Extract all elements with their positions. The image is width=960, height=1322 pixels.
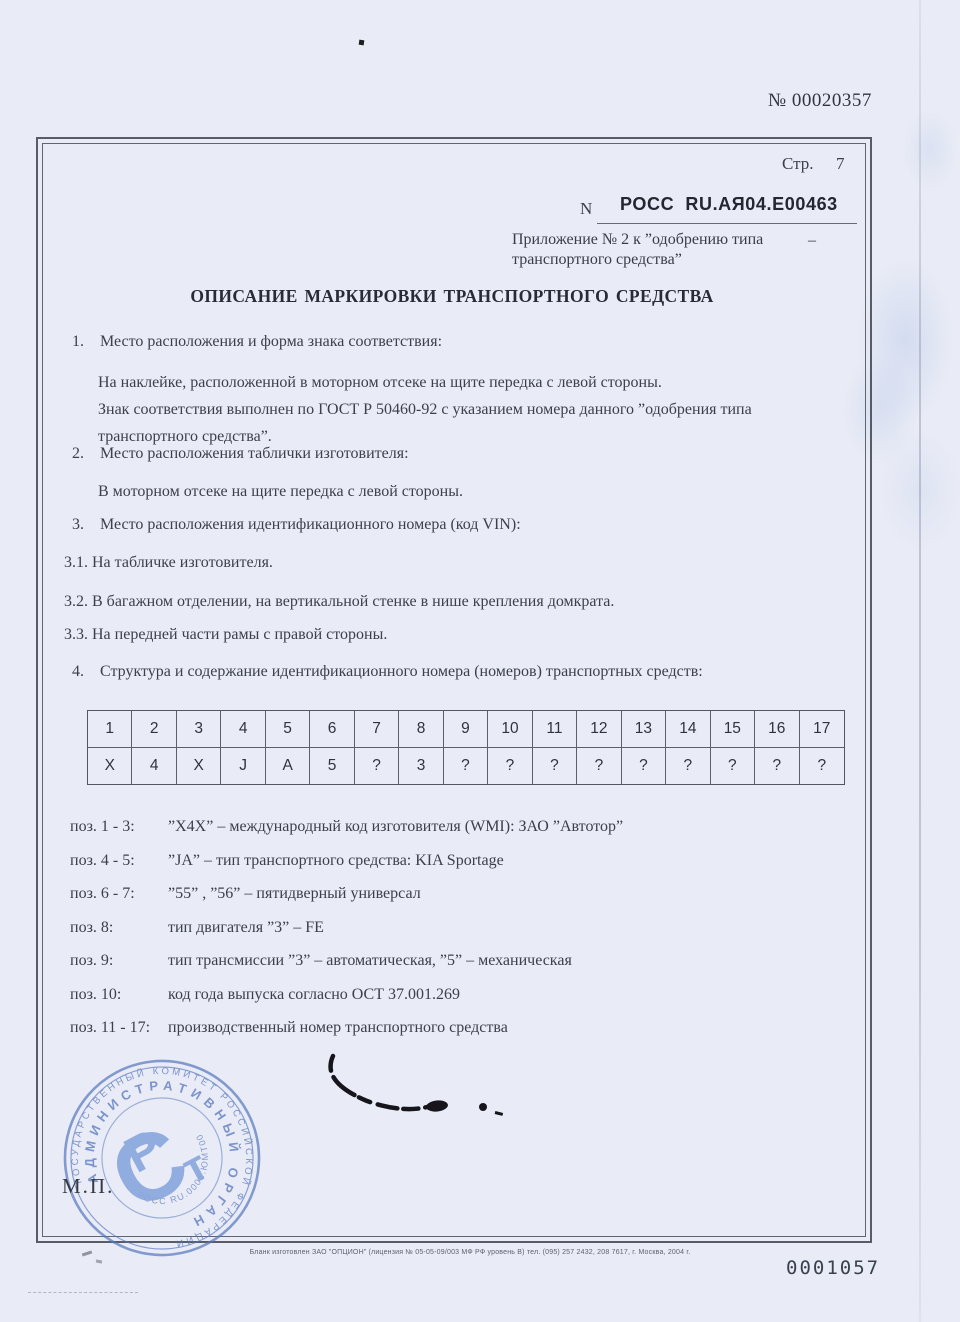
vin-value-cell: 3	[399, 748, 443, 784]
scan-streak	[919, 0, 921, 1322]
vin-value-cell: J	[221, 748, 265, 784]
vin-value-cell: ?	[711, 748, 755, 784]
legend-text: ”55” , ”56” – пятидверный универсал	[168, 885, 421, 903]
vin-value-cell: 5	[310, 748, 354, 784]
printer-imprint: Бланк изготовлен ЗАО ”ОПЦИОН” (лицензия …	[150, 1249, 790, 1256]
vin-value-cell: ?	[488, 748, 532, 784]
item2-paragraph: В моторном отсеке на щите передка с лево…	[98, 483, 463, 501]
item2-heading: Место расположения таблички изготовителя…	[100, 445, 409, 463]
legend-text: тип двигателя ”3” – FE	[168, 919, 324, 937]
approval-number-underline	[597, 223, 857, 224]
vin-value-cell: ?	[355, 748, 399, 784]
vin-position-cell: 12	[577, 711, 621, 748]
vin-position-cell: 13	[622, 711, 666, 748]
legend-text: ”X4X” – международный код изготовителя (…	[168, 818, 623, 836]
vin-position-cell: 2	[132, 711, 176, 748]
vin-position-cell: 11	[533, 711, 577, 748]
legend-label: поз. 11 - 17:	[70, 1019, 150, 1037]
legend-label: поз. 8:	[70, 919, 113, 937]
annex-reference: Приложение № 2 к ”одобрению типа транспо…	[512, 230, 763, 269]
annex-dash: –	[808, 232, 816, 250]
legend-text: ”JA” – тип транспортного средства: KIA S…	[168, 852, 504, 870]
vin-value-cell: 4	[132, 748, 176, 784]
vin-position-cell: 14	[666, 711, 710, 748]
vin-value-cell: X	[177, 748, 221, 784]
ink-speck	[359, 40, 365, 46]
item1-heading: Место расположения и форма знака соответ…	[100, 333, 442, 351]
legend-text: код года выпуска согласно ОСТ 37.001.269	[168, 986, 460, 1004]
legend-label: поз. 6 - 7:	[70, 885, 135, 903]
item3-number: 3.	[72, 516, 84, 534]
vin-value-cell: ?	[622, 748, 666, 784]
vin-position-cell: 3	[177, 711, 221, 748]
item2-number: 2.	[72, 445, 84, 463]
page-number: 7	[836, 154, 845, 174]
legend-label: поз. 9:	[70, 952, 113, 970]
item1-line2: Знак соответствия выполнен по ГОСТ Р 504…	[98, 396, 838, 423]
blank-serial-number: 0001057	[786, 1257, 880, 1279]
vin-position-cell: 1	[88, 711, 132, 748]
number-field-label: N	[580, 199, 592, 219]
vin-position-cell: 4	[221, 711, 265, 748]
vin-value-cell: ?	[666, 748, 710, 784]
legend-label: поз. 10:	[70, 986, 121, 1004]
vin-value-cell: X	[88, 748, 132, 784]
item1-paragraph: На наклейке, расположенной в моторном от…	[98, 369, 838, 450]
page-label: Стр.	[782, 154, 814, 174]
vin-position-cell: 9	[444, 711, 488, 748]
item1-number: 1.	[72, 333, 84, 351]
vin-structure-table: 1 2 3 4 5 6 7 8 9 10 11 12 13 14 15 16 1…	[87, 710, 845, 785]
stamp-place-label: М.П.	[62, 1174, 114, 1199]
item3-heading: Место расположения идентификационного но…	[100, 516, 521, 534]
vin-position-cell: 5	[266, 711, 310, 748]
vin-position-cell: 15	[711, 711, 755, 748]
item4-number: 4.	[72, 663, 84, 681]
item3-sub2: 3.2. В багажном отделении, на вертикальн…	[64, 593, 614, 611]
vin-value-cell: ?	[577, 748, 621, 784]
item1-line1: На наклейке, расположенной в моторном от…	[98, 369, 838, 396]
form-number: № 00020357	[768, 90, 872, 112]
document-title: ОПИСАНИЕ МАРКИРОВКИ ТРАНСПОРТНОГО СРЕДСТ…	[36, 286, 868, 307]
vin-position-cell: 7	[355, 711, 399, 748]
item4-heading: Структура и содержание идентификационног…	[100, 663, 703, 681]
pen-mark	[315, 1048, 525, 1128]
vin-position-cell: 10	[488, 711, 532, 748]
vin-value-cell: A	[266, 748, 310, 784]
vin-value-cell: ?	[755, 748, 799, 784]
vin-position-cell: 16	[755, 711, 799, 748]
item3-sub3: 3.3. На передней части рамы с правой сто…	[64, 626, 387, 644]
approval-number: РОСС RU.АЯ04.Е00463	[620, 194, 838, 215]
vin-value-cell: ?	[444, 748, 488, 784]
item3-sub1: 3.1. На табличке изготовителя.	[64, 554, 273, 572]
legend-text: тип трансмиссии ”3” – автоматическая, ”5…	[168, 952, 572, 970]
legend-label: поз. 1 - 3:	[70, 818, 135, 836]
vin-value-cell: ?	[800, 748, 844, 784]
annex-line2: транспортного средства”	[512, 250, 763, 270]
legend-label: поз. 4 - 5:	[70, 852, 135, 870]
vin-position-cell: 6	[310, 711, 354, 748]
vin-position-cell: 17	[800, 711, 844, 748]
vin-value-cell: ?	[533, 748, 577, 784]
vin-position-cell: 8	[399, 711, 443, 748]
annex-line1: Приложение № 2 к ”одобрению типа	[512, 230, 763, 250]
